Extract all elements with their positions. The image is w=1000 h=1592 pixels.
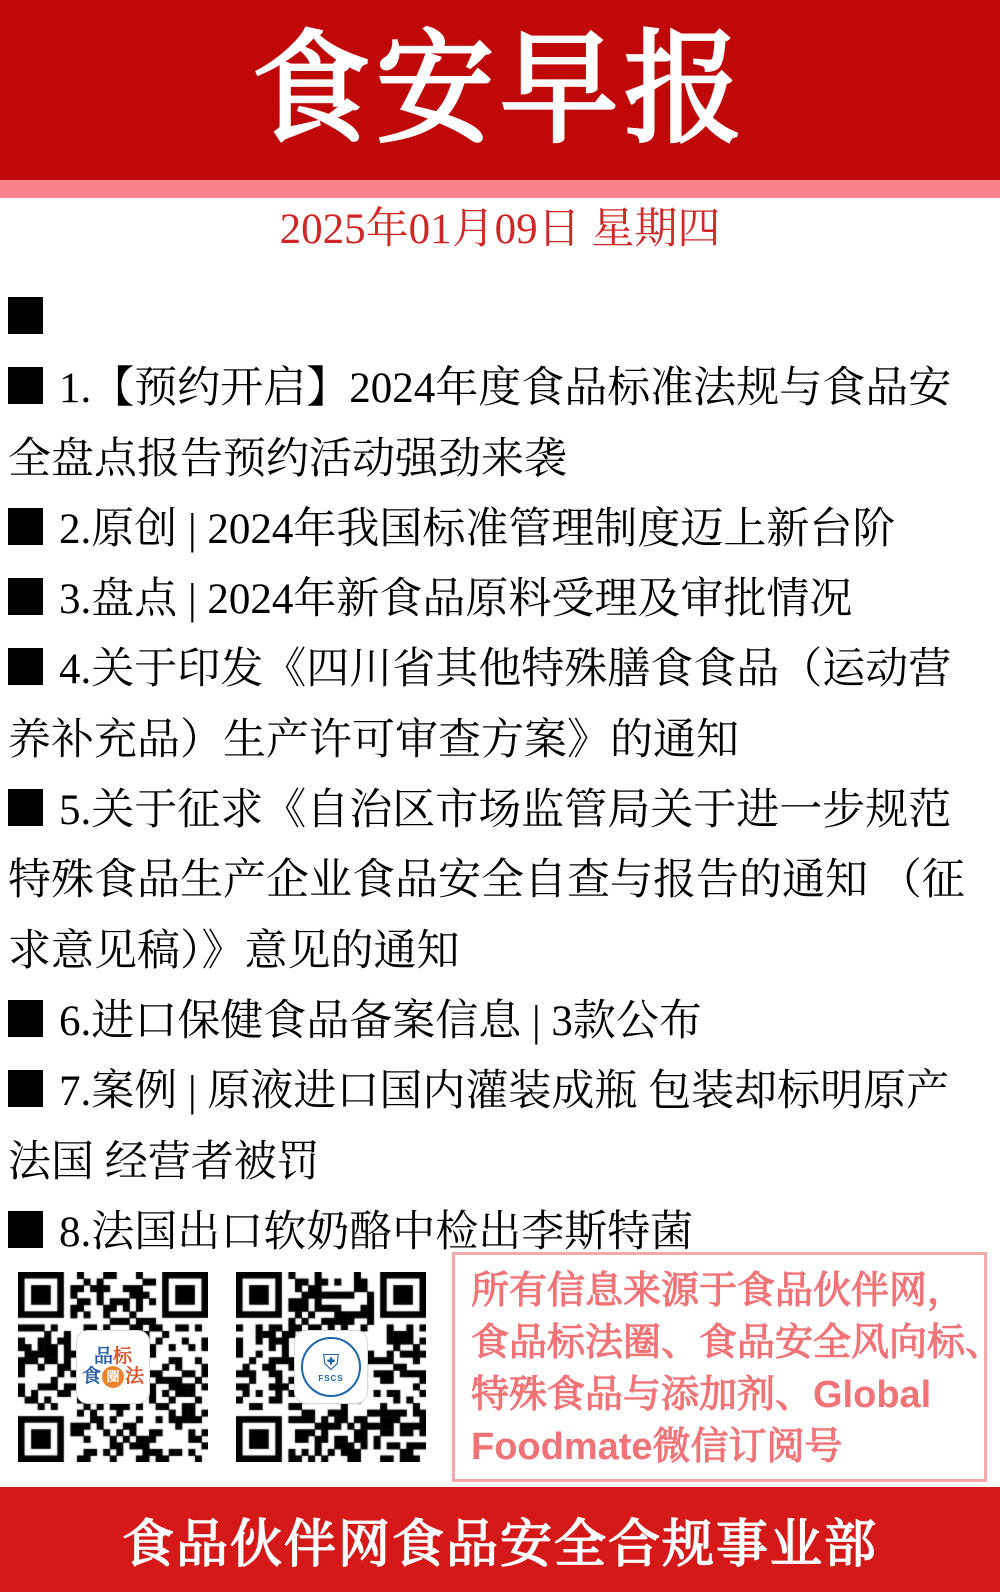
news-list: 1.【预约开启】2024年度食品标准法规与食品安全盘点报告预约活动强劲来袭2.原…	[8, 284, 992, 1268]
header-divider-strip	[0, 180, 1000, 198]
news-line-item5: 特殊食品生产企业食品安全自查与报告的通知 （征	[8, 846, 992, 916]
footer-bar: 食品伙伴网食品安全合规事业部	[0, 1487, 1000, 1592]
news-line-item1: 1.【预约开启】2024年度食品标准法规与食品安	[8, 354, 992, 424]
source-info-box: 所有信息来源于食品伙伴网，食品标法圈、食品安全风向标、特殊食品与添加剂、Glob…	[452, 1252, 987, 1482]
news-line-text: 7.案例 | 原液进口国内灌装成瓶 包装却标明原产	[59, 1068, 949, 1115]
news-line-text: 全盘点报告预约活动强劲来袭	[8, 436, 567, 483]
news-line-text: 4.关于印发《四川省其他特殊膳食食品（运动营	[59, 646, 951, 693]
qr-left-logo-char: 标	[113, 1347, 132, 1366]
news-line-text: 1.【预约开启】2024年度食品标准法规与食品安	[59, 365, 951, 412]
date-line: 2025年01月09日 星期四	[0, 204, 1000, 256]
qr-left-logo-circle-char: 圈	[102, 1366, 124, 1388]
source-info-line: 所有信息来源于食品伙伴网，	[471, 1265, 968, 1317]
qr-right-logo-label: FSCS	[318, 1374, 343, 1383]
header-banner: 食安早报	[0, 0, 1000, 180]
footer-text: 食品伙伴网食品安全合规事业部	[122, 1502, 878, 1577]
news-line-item2: 2.原创 | 2024年我国标准管理制度迈上新台阶	[8, 495, 992, 565]
square-bullet-icon	[8, 297, 43, 334]
square-bullet-icon	[8, 367, 43, 404]
news-line-text: 求意见稿）》意见的通知	[8, 928, 460, 975]
news-line-item4: 养补充品）生产许可审查方案》的通知	[8, 706, 992, 776]
news-line-lead-bullet	[8, 284, 992, 354]
square-bullet-icon	[8, 1070, 43, 1107]
qr-code-left: 品 标 食 圈 法	[18, 1272, 208, 1462]
news-line-text: 3.盘点 | 2024年新食品原料受理及审批情况	[59, 576, 852, 623]
news-line-text: 法国 经营者被罚	[8, 1139, 320, 1186]
square-bullet-icon	[8, 508, 43, 545]
poster-page: 食安早报 2025年01月09日 星期四 1.【预约开启】2024年度食品标准法…	[0, 0, 1000, 1592]
source-info-line: 食品标法圈、食品安全风向标、	[471, 1317, 968, 1369]
square-bullet-icon	[8, 578, 43, 615]
news-line-text: 5.关于征求《自治区市场监管局关于进一步规范	[59, 787, 951, 834]
qr-right-logo: ⛨ FSCS	[294, 1330, 368, 1404]
foodmate-seal-icon: ⛨ FSCS	[301, 1337, 361, 1397]
news-line-item3: 3.盘点 | 2024年新食品原料受理及审批情况	[8, 565, 992, 635]
page-title: 食安早报	[252, 29, 748, 152]
news-line-text: 6.进口保健食品备案信息 | 3款公布	[59, 998, 702, 1045]
qr-left-logo-char: 法	[125, 1367, 144, 1386]
news-line-item7: 7.案例 | 原液进口国内灌装成瓶 包装却标明原产	[8, 1057, 992, 1127]
news-line-item5: 求意见稿）》意见的通知	[8, 917, 992, 987]
qr-left-logo: 品 标 食 圈 法	[76, 1330, 150, 1404]
square-bullet-icon	[8, 1211, 43, 1248]
news-line-item7: 法国 经营者被罚	[8, 1128, 992, 1198]
news-line-item1: 全盘点报告预约活动强劲来袭	[8, 425, 992, 495]
source-info-line: 特殊食品与添加剂、Global	[471, 1369, 968, 1421]
news-line-text: 2.原创 | 2024年我国标准管理制度迈上新台阶	[59, 506, 895, 553]
qr-code-right: ⛨ FSCS	[236, 1272, 426, 1462]
news-line-item6: 6.进口保健食品备案信息 | 3款公布	[8, 987, 992, 1057]
square-bullet-icon	[8, 789, 43, 826]
source-info-line: Foodmate微信订阅号	[471, 1421, 968, 1473]
qr-left-logo-char: 食	[82, 1367, 101, 1386]
news-line-item5: 5.关于征求《自治区市场监管局关于进一步规范	[8, 776, 992, 846]
news-line-text: 养补充品）生产许可审查方案》的通知	[8, 717, 739, 764]
news-line-text: 特殊食品生产企业食品安全自查与报告的通知 （征	[8, 857, 965, 904]
square-bullet-icon	[8, 648, 43, 685]
qr-left-logo-char: 品	[94, 1347, 113, 1366]
news-line-text: 8.法国出口软奶酪中检出李斯特菌	[59, 1209, 693, 1256]
square-bullet-icon	[8, 1000, 43, 1037]
news-line-item4: 4.关于印发《四川省其他特殊膳食食品（运动营	[8, 635, 992, 705]
